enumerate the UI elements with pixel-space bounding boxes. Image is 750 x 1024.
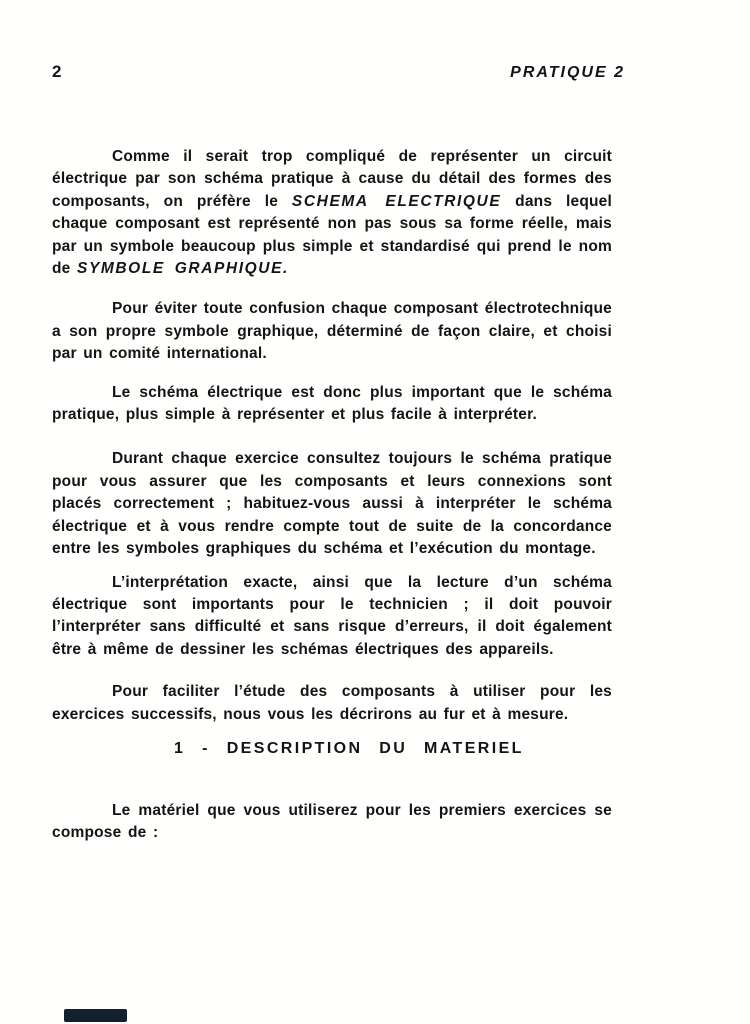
paragraph-intro-schema: Comme il serait trop compliqué de représ… bbox=[52, 146, 612, 280]
paragraph-exercice: Durant chaque exercice consultez toujour… bbox=[52, 448, 612, 560]
page-body: Comme il serait trop compliqué de représ… bbox=[52, 146, 612, 845]
document-page: 2 PRATIQUE 2 Comme il serait trop compli… bbox=[0, 0, 750, 1024]
page-number: 2 bbox=[52, 62, 61, 82]
section-heading-description-du-materiel: 1 - DESCRIPTION DU MATERIEL bbox=[174, 740, 612, 758]
emphasis-symbole-graphique: SYMBOLE GRAPHIQUE. bbox=[77, 260, 289, 277]
paragraph-materiel: Le matériel que vous utiliserez pour les… bbox=[52, 800, 612, 845]
paragraph-interpretation: L’interprétation exacte, ainsi que la le… bbox=[52, 572, 612, 662]
paragraph-confusion: Pour éviter toute confusion chaque compo… bbox=[52, 298, 612, 365]
running-title: PRATIQUE 2 bbox=[510, 64, 625, 82]
scan-artifact-bar bbox=[64, 1009, 127, 1022]
emphasis-schema-electrique: SCHEMA ELECTRIQUE bbox=[292, 193, 501, 210]
running-header: 2 PRATIQUE 2 bbox=[52, 62, 625, 82]
paragraph-importance: Le schéma électrique est donc plus impor… bbox=[52, 382, 612, 427]
paragraph-faciliter: Pour faciliter l’étude des composants à … bbox=[52, 681, 612, 726]
